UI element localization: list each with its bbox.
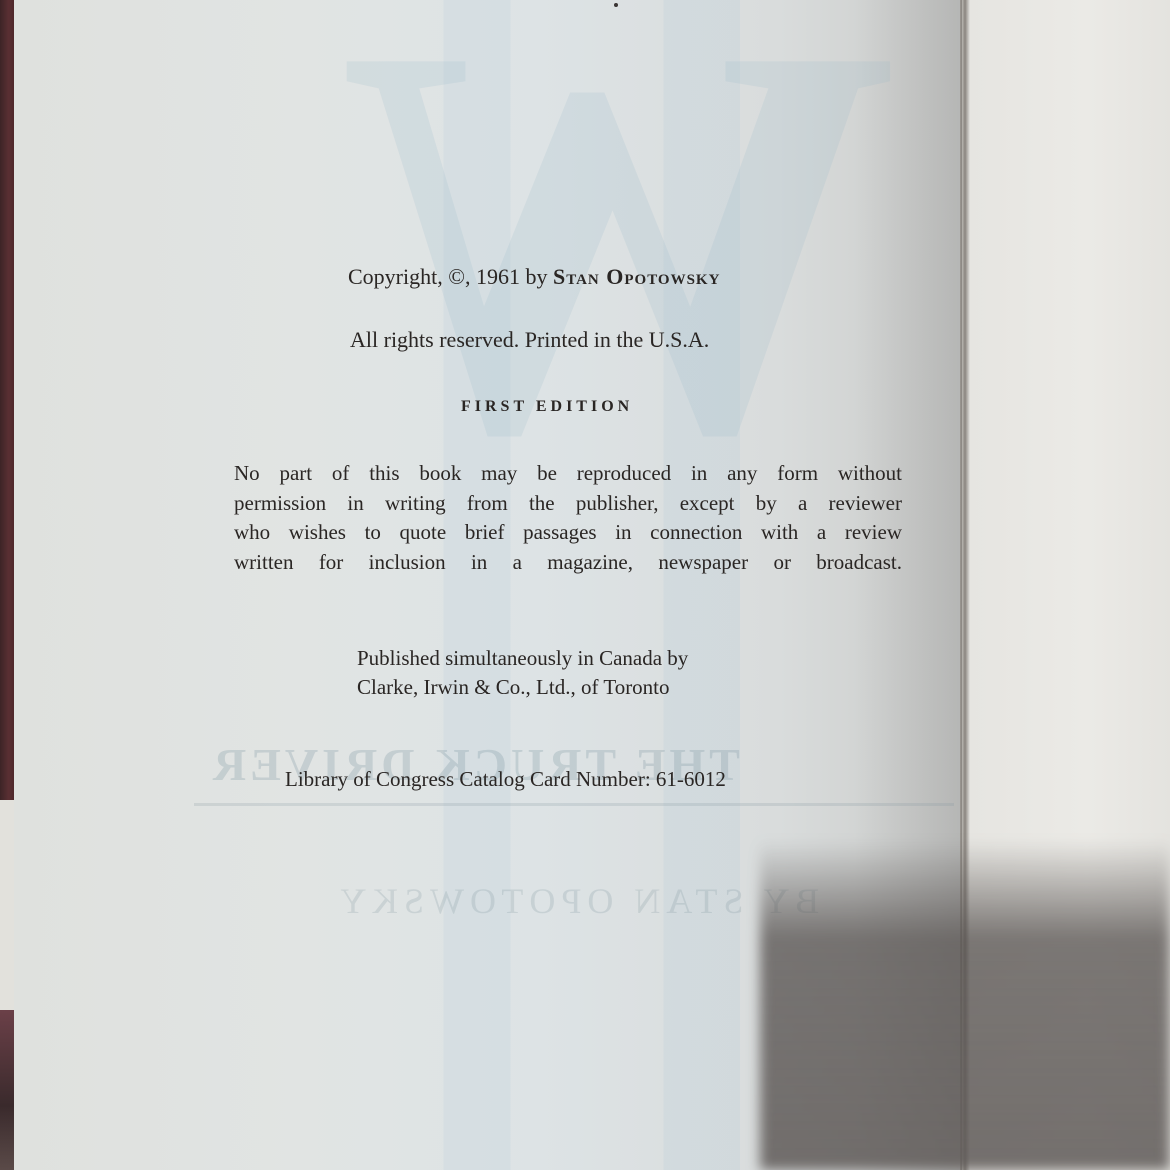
copyright-author: Stan Opotowsky xyxy=(553,264,720,289)
canada-publication-notice: Published simultaneously in Canada by Cl… xyxy=(357,644,688,702)
notice-line: written for inclusion in a magazine, new… xyxy=(234,548,902,578)
notice-line: permission in writing from the publisher… xyxy=(234,489,902,519)
copyright-line: Copyright, ©, 1961 by Stan Opotowsky xyxy=(348,264,720,290)
canada-line: Clarke, Irwin & Co., Ltd., of Toronto xyxy=(357,673,688,702)
bleed-through-author: BY STAN OPOTOWSKY xyxy=(334,880,819,922)
cast-shadow xyxy=(760,840,1170,1170)
ink-speck xyxy=(614,3,618,7)
rights-reserved-line: All rights reserved. Printed in the U.S.… xyxy=(350,327,709,353)
lccn-line: Library of Congress Catalog Card Number:… xyxy=(285,767,726,792)
notice-line: No part of this book may be reproduced i… xyxy=(234,459,902,489)
edition-label: FIRST EDITION xyxy=(461,398,633,416)
bleed-through-rule xyxy=(194,803,954,806)
notice-line: who wishes to quote brief passages in co… xyxy=(234,518,902,548)
reproduction-notice: No part of this book may be reproduced i… xyxy=(234,459,902,577)
canada-line: Published simultaneously in Canada by xyxy=(357,644,688,673)
bleed-through-letter: W xyxy=(334,0,898,520)
copyright-prefix: Copyright, ©, 1961 by xyxy=(348,264,553,289)
